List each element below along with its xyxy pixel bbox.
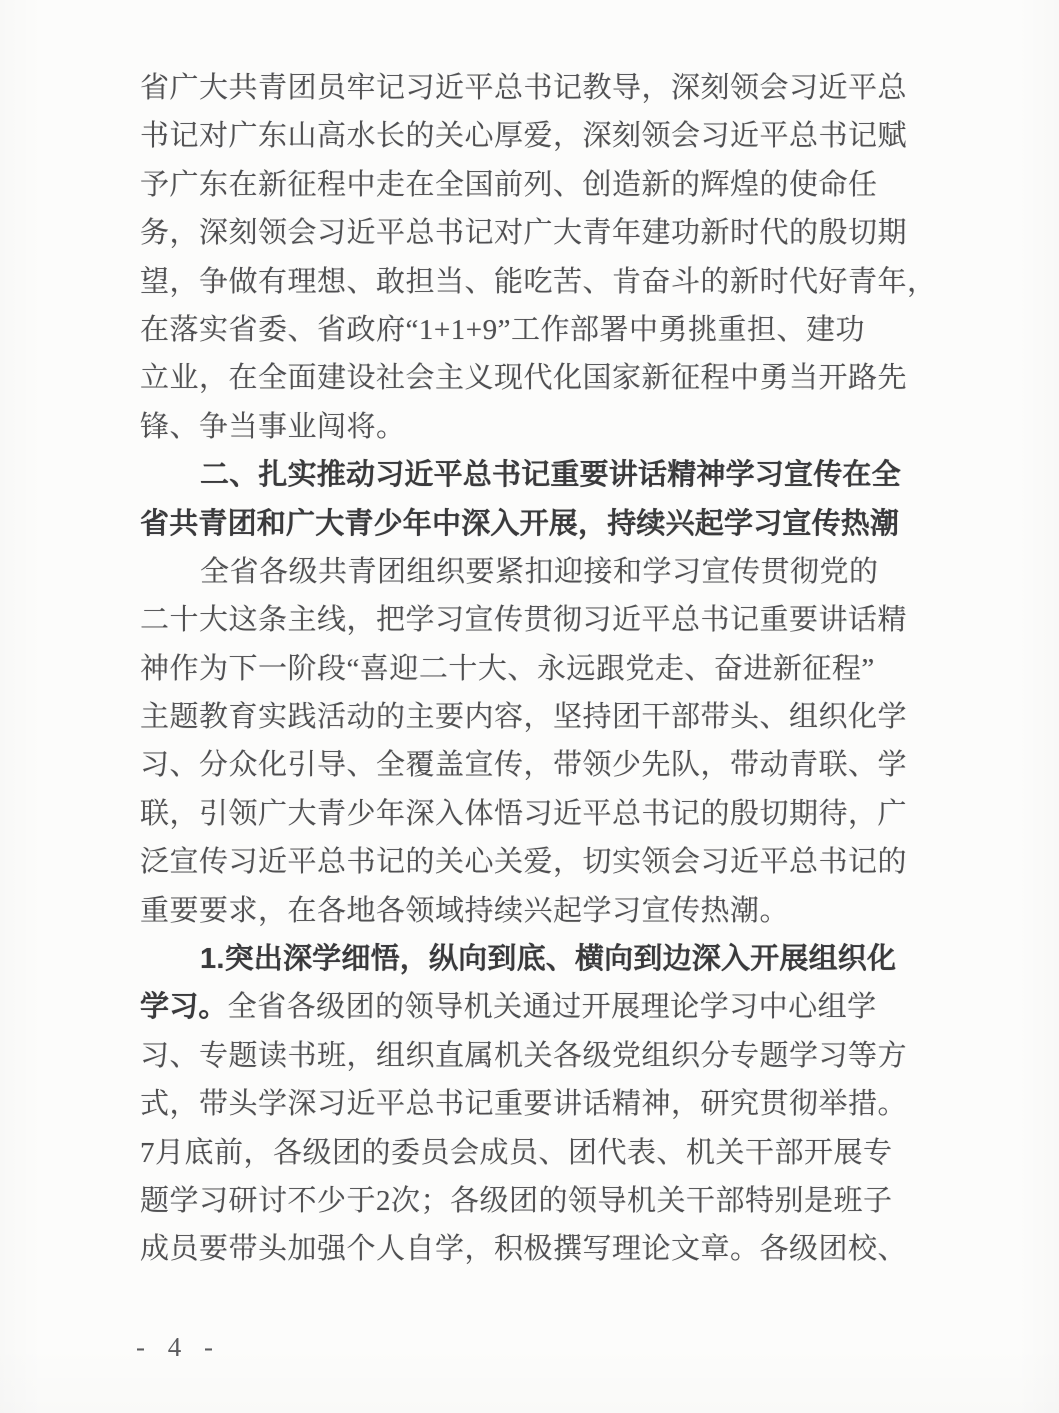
heading-text-run: 学习。 <box>140 991 228 1023</box>
body-text-run: 在落实省委、省政府“1+1+9”工作部署中勇挑重担、建功 <box>140 314 865 346</box>
body-text-run: 泛宣传习近平总书记的关心关爱，切实领会习近平总书记的 <box>140 846 907 878</box>
document-body: 省广大共青团员牢记习近平总书记教导，深刻领会习近平总书记对广东山高水长的关心厚爱… <box>140 64 940 1274</box>
text-line: 神作为下一阶段“喜迎二十大、永远跟党走、奋进新征程” <box>140 645 940 693</box>
text-line: 省广大共青团员牢记习近平总书记教导，深刻领会习近平总 <box>140 64 940 112</box>
heading-text-run: 二、扎实推动习近平总书记重要讲话精神学习宣传在全 <box>200 459 901 491</box>
body-text-run: 省广大共青团员牢记习近平总书记教导，深刻领会习近平总 <box>140 72 907 104</box>
text-line: 成员要带头加强个人自学，积极撰写理论文章。各级团校、 <box>140 1225 940 1273</box>
text-line: 主题教育实践活动的主要内容，坚持团干部带头、组织化学 <box>140 693 940 741</box>
text-line: 书记对广东山高水长的关心厚爱，深刻领会习近平总书记赋 <box>140 112 940 160</box>
body-text-run: 联，引领广大青少年深入体悟习近平总书记的殷切期待，广 <box>140 798 907 830</box>
text-line: 望，争做有理想、敢担当、能吃苦、肯奋斗的新时代好青年， <box>140 258 940 306</box>
body-text-run: 7月底前，各级团的委员会成员、团代表、机关干部开展专 <box>140 1137 893 1169</box>
body-text-run: 成员要带头加强个人自学，积极撰写理论文章。各级团校、 <box>140 1233 907 1265</box>
text-line: 题学习研讨不少于2次；各级团的领导机关干部特别是班子 <box>140 1177 940 1225</box>
text-line: 予广东在新征程中走在全国前列、创造新的辉煌的使命任 <box>140 161 940 209</box>
text-line: 省共青团和广大青少年中深入开展，持续兴起学习宣传热潮 <box>140 500 940 548</box>
text-line: 二、扎实推动习近平总书记重要讲话精神学习宣传在全 <box>140 451 940 499</box>
body-text-run: 务，深刻领会习近平总书记对广大青年建功新时代的殷切期 <box>140 217 907 249</box>
body-text-run: 神作为下一阶段“喜迎二十大、永远跟党走、奋进新征程” <box>140 653 875 685</box>
text-line: 学习。全省各级团的领导机关通过开展理论学习中心组学 <box>140 983 940 1031</box>
document-page: 省广大共青团员牢记习近平总书记教导，深刻领会习近平总书记对广东山高水长的关心厚爱… <box>0 0 1059 1413</box>
heading-text-run: 省共青团和广大青少年中深入开展，持续兴起学习宣传热潮 <box>140 508 899 540</box>
text-line: 1.突出深学细悟，纵向到底、横向到边深入开展组织化 <box>140 935 940 983</box>
heading-text-run: 1.突出深学细悟，纵向到底、横向到边深入开展组织化 <box>200 943 896 975</box>
body-text-run: 书记对广东山高水长的关心厚爱，深刻领会习近平总书记赋 <box>140 120 907 152</box>
text-line: 立业，在全面建设社会主义现代化国家新征程中勇当开路先 <box>140 354 940 402</box>
text-line: 锋、争当事业闯将。 <box>140 403 940 451</box>
text-line: 务，深刻领会习近平总书记对广大青年建功新时代的殷切期 <box>140 209 940 257</box>
text-line: 二十大这条主线，把学习宣传贯彻习近平总书记重要讲话精 <box>140 596 940 644</box>
text-line: 7月底前，各级团的委员会成员、团代表、机关干部开展专 <box>140 1129 940 1177</box>
body-text-run: 重要要求，在各地各领域持续兴起学习宣传热潮。 <box>140 895 789 927</box>
text-line: 重要要求，在各地各领域持续兴起学习宣传热潮。 <box>140 887 940 935</box>
body-text-run: 式，带头学深习近平总书记重要讲话精神，研究贯彻举措。 <box>140 1088 907 1120</box>
body-text-run: 予广东在新征程中走在全国前列、创造新的辉煌的使命任 <box>140 169 878 201</box>
text-line: 泛宣传习近平总书记的关心关爱，切实领会习近平总书记的 <box>140 838 940 886</box>
body-text-run: 锋、争当事业闯将。 <box>140 411 406 443</box>
page-number: - 4 - <box>136 1332 221 1363</box>
body-text-run: 习、专题读书班，组织直属机关各级党组织分专题学习等方 <box>140 1040 907 1072</box>
body-text-run: 题学习研讨不少于2次；各级团的领导机关干部特别是班子 <box>140 1185 893 1217</box>
body-text-run: 全省各级团的领导机关通过开展理论学习中心组学 <box>228 991 877 1023</box>
text-line: 习、分众化引导、全覆盖宣传，带领少先队，带动青联、学 <box>140 741 940 789</box>
body-text-run: 习、分众化引导、全覆盖宣传，带领少先队，带动青联、学 <box>140 749 907 781</box>
body-text-run: 全省各级共青团组织要紧扣迎接和学习宣传贯彻党的 <box>200 556 879 588</box>
text-line: 联，引领广大青少年深入体悟习近平总书记的殷切期待，广 <box>140 790 940 838</box>
text-line: 在落实省委、省政府“1+1+9”工作部署中勇挑重担、建功 <box>140 306 940 354</box>
body-text-run: 二十大这条主线，把学习宣传贯彻习近平总书记重要讲话精 <box>140 604 907 636</box>
body-text-run: 望，争做有理想、敢担当、能吃苦、肯奋斗的新时代好青年， <box>140 266 937 298</box>
body-text-run: 主题教育实践活动的主要内容，坚持团干部带头、组织化学 <box>140 701 907 733</box>
text-line: 习、专题读书班，组织直属机关各级党组织分专题学习等方 <box>140 1032 940 1080</box>
text-line: 全省各级共青团组织要紧扣迎接和学习宣传贯彻党的 <box>140 548 940 596</box>
body-text-run: 立业，在全面建设社会主义现代化国家新征程中勇当开路先 <box>140 362 907 394</box>
text-line: 式，带头学深习近平总书记重要讲话精神，研究贯彻举措。 <box>140 1080 940 1128</box>
